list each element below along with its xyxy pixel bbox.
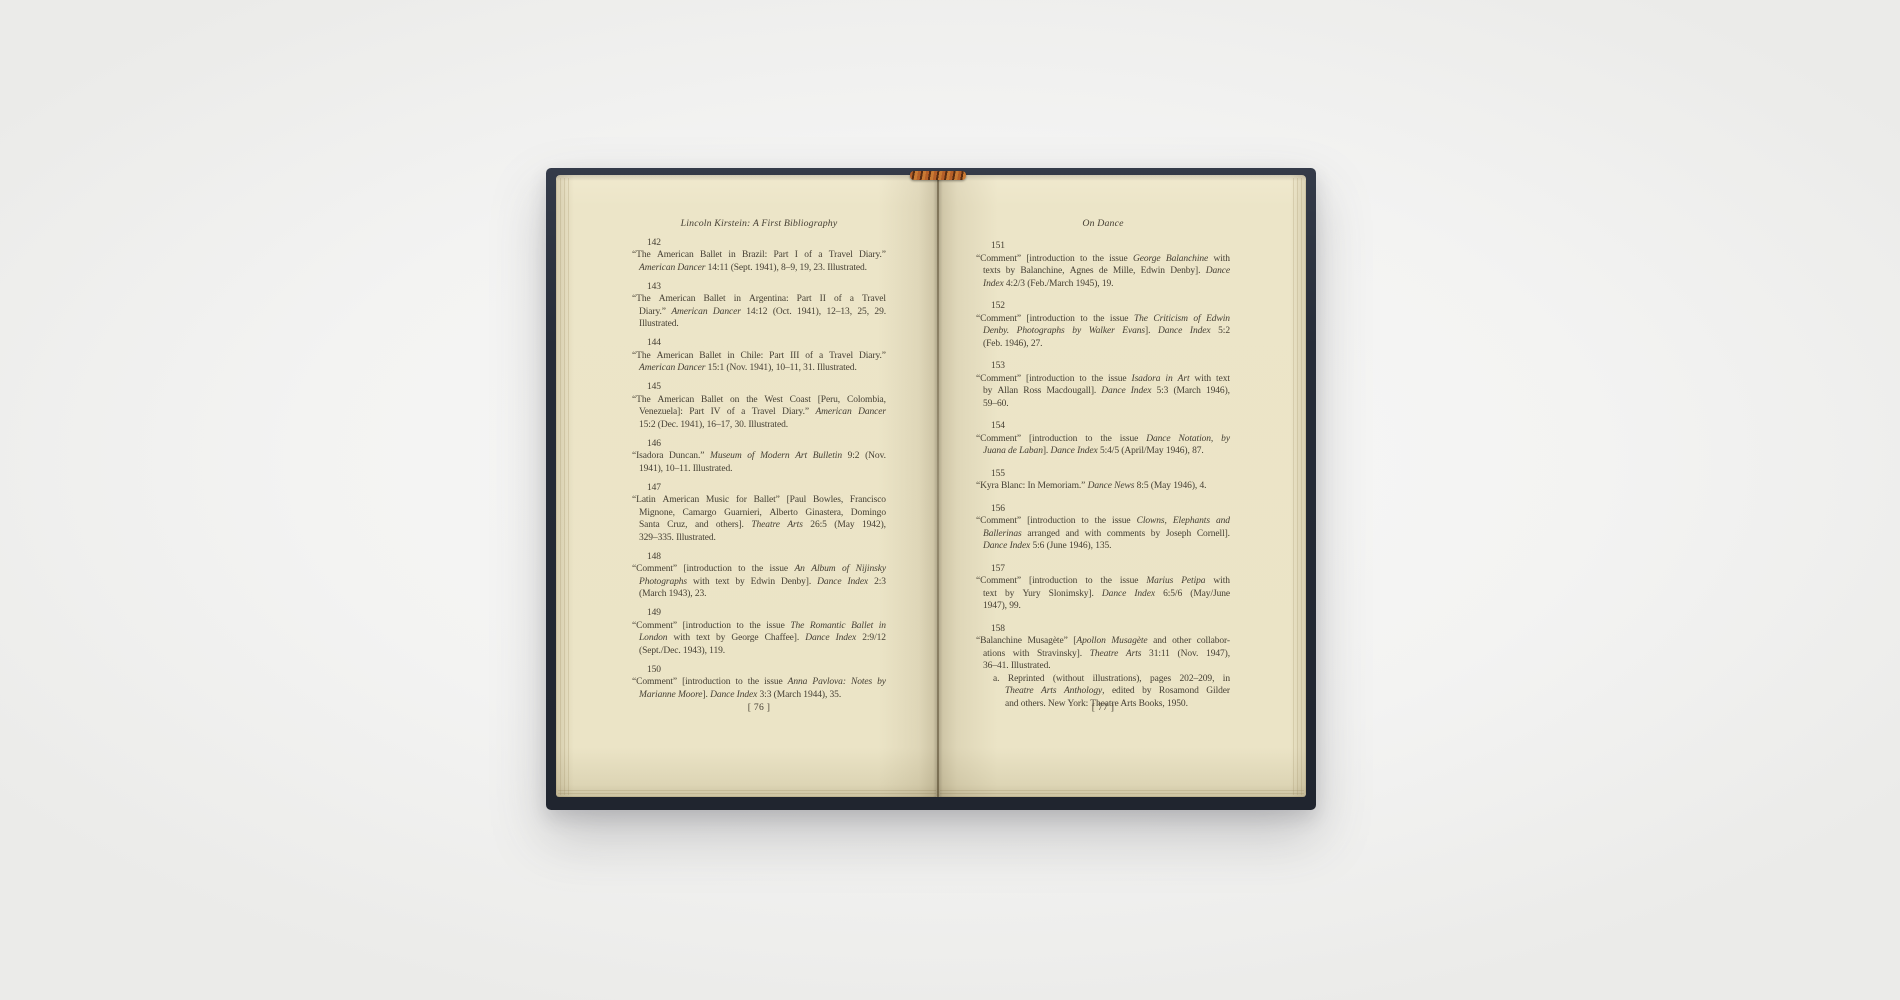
page-edge-bottom-right [940, 790, 1304, 797]
entry-line: “TheAmericanBalletontheWestCoast[Peru,Co… [632, 394, 886, 407]
entry-line: “Comment”[introductiontotheissueMariusPe… [976, 575, 1230, 588]
entry-line: “Comment”[introductiontotheissueTheRoman… [632, 620, 886, 633]
entry-line: (Sept./Dec. 1943), 119. [639, 645, 886, 658]
entry-number: 143 [647, 281, 886, 294]
entry-line: American Dancer 14:11 (Sept. 1941), 8–9,… [639, 262, 886, 275]
entry-line: textsbyBalanchine,AgnesdeMille,EdwinDenb… [983, 265, 1230, 278]
entry-text: “Kyra Blanc: In Memoriam.” Dance News 8:… [976, 480, 1230, 493]
entry-number: 148 [647, 551, 886, 564]
entry-number: 144 [647, 337, 886, 350]
entry-text: “Comment”[introductiontotheissueTheRoman… [632, 620, 886, 658]
bibliography-entry: 149“Comment”[introductiontotheissueTheRo… [632, 607, 886, 657]
entry-line: “Comment”[introductiontotheissueIsadorai… [976, 373, 1230, 386]
bibliography-entry: 146“IsadoraDuncan.”MuseumofModernArtBull… [632, 438, 886, 476]
bibliography-entry: 144“TheAmericanBalletinChile:PartIIIofaT… [632, 337, 886, 375]
entry-line: PhotographswithtextbyEdwinDenby].DanceIn… [639, 576, 886, 589]
running-head-left: Lincoln Kirstein: A First Bibliography [632, 217, 886, 230]
entry-line: “Comment”[introductiontotheissueDanceNot… [976, 433, 1230, 446]
right-page: On Dance 151“Comment”[introductiontothei… [938, 175, 1306, 797]
entry-list-left: 142“TheAmericanBalletinBrazil:PartIofaTr… [632, 237, 886, 702]
entry-line: (Feb. 1946), 27. [983, 338, 1230, 351]
entry-line: “Kyra Blanc: In Memoriam.” Dance News 8:… [976, 480, 1230, 493]
entry-number: 152 [991, 300, 1230, 313]
entry-number: 154 [991, 420, 1230, 433]
page-edge-bottom-left [558, 790, 936, 797]
entry-line: Dance Index 5:6 (June 1946), 135. [983, 540, 1230, 553]
entry-line: Illustrated. [639, 318, 886, 331]
entry-line: BallerinasarrangedandwithcommentsbyJosep… [983, 528, 1230, 541]
entry-line: “TheAmericanBalletinArgentina:PartIIofaT… [632, 293, 886, 306]
entry-text: “Comment”[introductiontotheissueMariusPe… [976, 575, 1230, 613]
bibliography-entry: 157“Comment”[introductiontotheissueMariu… [976, 563, 1230, 613]
entry-line: SantaCruz,andothers].TheatreArts26:5(May… [639, 519, 886, 532]
entry-text: “Comment”[introductiontotheissueGeorgeBa… [976, 253, 1230, 291]
entry-line: “Comment”[introductiontotheissueAnAlbumo… [632, 563, 886, 576]
entry-line: Marianne Moore]. Dance Index 3:3 (March … [639, 689, 886, 702]
page-number-right: [ 77 ] [976, 702, 1230, 713]
entry-line: ationswithStravinsky].TheatreArts31:11(N… [983, 648, 1230, 661]
entry-number: 145 [647, 381, 886, 394]
bibliography-entry: 150“Comment”[introductiontotheissueAnnaP… [632, 664, 886, 702]
entry-number: 155 [991, 468, 1230, 481]
entry-line: “TheAmericanBalletinChile:PartIIIofaTrav… [632, 350, 886, 363]
entry-text: “Comment”[introductiontotheissueIsadorai… [976, 373, 1230, 411]
running-head-right: On Dance [976, 217, 1230, 230]
entry-number: 153 [991, 360, 1230, 373]
entry-number: 151 [991, 240, 1230, 253]
bibliography-entry: 145“TheAmericanBalletontheWestCoast[Peru… [632, 381, 886, 431]
entry-line: byAllanRossMacdougall].DanceIndex5:3(Mar… [983, 385, 1230, 398]
bibliography-entry: 152“Comment”[introductiontotheissueTheCr… [976, 300, 1230, 350]
entry-line: 1941), 10–11. Illustrated. [639, 463, 886, 476]
entry-text: “TheAmericanBalletinArgentina:PartIIofaT… [632, 293, 886, 331]
entry-number: 142 [647, 237, 886, 250]
entry-line: “Comment”[introductiontotheissueAnnaPavl… [632, 676, 886, 689]
left-page: Lincoln Kirstein: A First Bibliography 1… [556, 175, 938, 797]
spine-headband [910, 171, 966, 180]
open-book: Lincoln Kirstein: A First Bibliography 1… [546, 168, 1316, 810]
entry-text: “Comment”[introductiontotheissueAnnaPavl… [632, 676, 886, 701]
entry-number: 158 [991, 623, 1230, 636]
entry-line: Index 4:2/3 (Feb./March 1945), 19. [983, 278, 1230, 291]
bibliography-entry: 155“Kyra Blanc: In Memoriam.” Dance News… [976, 468, 1230, 493]
entry-line: “Comment”[introductiontotheissueTheCriti… [976, 313, 1230, 326]
fore-edge-right [1293, 178, 1306, 795]
entry-number: 157 [991, 563, 1230, 576]
entry-line: “Comment”[introductiontotheissueClowns,E… [976, 515, 1230, 528]
page-number-left: [ 76 ] [632, 702, 886, 713]
entry-line: Denby.PhotographsbyWalkerEvans].DanceInd… [983, 325, 1230, 338]
entry-line: Mignone,CamargoGuarnieri,AlbertoGinaster… [639, 507, 886, 520]
entry-text: “Comment”[introductiontotheissueDanceNot… [976, 433, 1230, 458]
photo-background: Lincoln Kirstein: A First Bibliography 1… [0, 0, 1900, 1000]
fore-edge-left [556, 178, 569, 795]
entry-text: “TheAmericanBalletinBrazil:PartIofaTrave… [632, 249, 886, 274]
entry-line: American Dancer 15:1 (Nov. 1941), 10–11,… [639, 362, 886, 375]
entry-text: “Comment”[introductiontotheissueTheCriti… [976, 313, 1230, 351]
entry-line: Venezuela]:PartIVofaTravelDiary.”America… [639, 406, 886, 419]
bibliography-entry: 143“TheAmericanBalletinArgentina:PartIIo… [632, 281, 886, 331]
entry-text: “IsadoraDuncan.”MuseumofModernArtBulleti… [632, 450, 886, 475]
entry-line: textbyYurySlonimsky].DanceIndex6:5/6(May… [983, 588, 1230, 601]
entry-line: 15:2 (Dec. 1941), 16–17, 30. Illustrated… [639, 419, 886, 432]
entry-line: LondonwithtextbyGeorgeChaffee].DanceInde… [639, 632, 886, 645]
entry-line: TheatreArtsAnthology,editedbyRosamondGil… [1005, 685, 1230, 698]
entry-text: “TheAmericanBalletinChile:PartIIIofaTrav… [632, 350, 886, 375]
entry-number: 156 [991, 503, 1230, 516]
entry-line: “Comment”[introductiontotheissueGeorgeBa… [976, 253, 1230, 266]
bibliography-entry: 156“Comment”[introductiontotheissueClown… [976, 503, 1230, 553]
entry-line: 59–60. [983, 398, 1230, 411]
entry-number: 147 [647, 482, 886, 495]
entry-line: Juana de Laban]. Dance Index 5:4/5 (Apri… [983, 445, 1230, 458]
bibliography-entry: 158“BalanchineMusagète”[ApollonMusagètea… [976, 623, 1230, 711]
bibliography-entry: 142“TheAmericanBalletinBrazil:PartIofaTr… [632, 237, 886, 275]
entry-line: 1947), 99. [983, 600, 1230, 613]
bibliography-entry: 151“Comment”[introductiontotheissueGeorg… [976, 240, 1230, 290]
entry-number: 150 [647, 664, 886, 677]
entry-line: Diary.”AmericanDancer14:12(Oct.1941),12–… [639, 306, 886, 319]
entry-number: 146 [647, 438, 886, 451]
entry-text: “BalanchineMusagète”[ApollonMusagèteando… [976, 635, 1230, 710]
bibliography-entry: 147“LatinAmericanMusicforBallet”[PaulBow… [632, 482, 886, 545]
entry-line: “IsadoraDuncan.”MuseumofModernArtBulleti… [632, 450, 886, 463]
entry-text: “Comment”[introductiontotheissueAnAlbumo… [632, 563, 886, 601]
entry-line: 329–335. Illustrated. [639, 532, 886, 545]
page-spread: Lincoln Kirstein: A First Bibliography 1… [556, 175, 1306, 797]
entry-list-right: 151“Comment”[introductiontotheissueGeorg… [976, 240, 1230, 710]
bibliography-entry: 154“Comment”[introductiontotheissueDance… [976, 420, 1230, 458]
entry-line: a.Reprinted(withoutillustrations),pages2… [993, 673, 1230, 686]
entry-text: “TheAmericanBalletontheWestCoast[Peru,Co… [632, 394, 886, 432]
entry-text: “Comment”[introductiontotheissueClowns,E… [976, 515, 1230, 553]
entry-line: “TheAmericanBalletinBrazil:PartIofaTrave… [632, 249, 886, 262]
entry-line: “LatinAmericanMusicforBallet”[PaulBowles… [632, 494, 886, 507]
entry-number: 149 [647, 607, 886, 620]
entry-line: “BalanchineMusagète”[ApollonMusagèteando… [976, 635, 1230, 648]
bibliography-entry: 148“Comment”[introductiontotheissueAnAlb… [632, 551, 886, 601]
entry-line: (March 1943), 23. [639, 588, 886, 601]
entry-text: “LatinAmericanMusicforBallet”[PaulBowles… [632, 494, 886, 544]
entry-line: 36–41. Illustrated. [983, 660, 1230, 673]
bibliography-entry: 153“Comment”[introductiontotheissueIsado… [976, 360, 1230, 410]
